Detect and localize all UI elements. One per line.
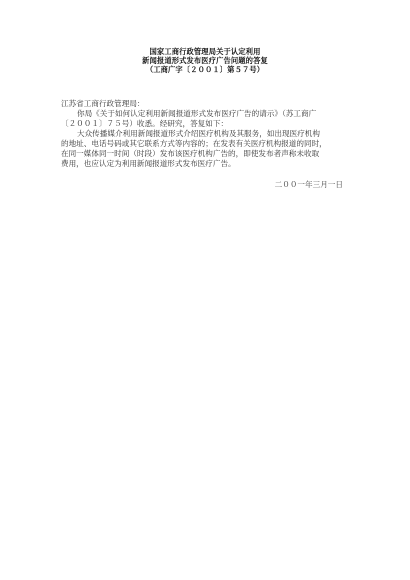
addressee: 江苏省工商行政管理局：: [61, 99, 349, 109]
body-line-1: 你局《关于如何认定利用新闻报道形式发布医疗广告的请示》（苏工商广: [61, 109, 349, 119]
document-body: 江苏省工商行政管理局： 你局《关于如何认定利用新闻报道形式发布医疗广告的请示》（…: [61, 99, 349, 169]
body-line-4: 的地址、电话号码或其它联系方式等内容的；在发表有关医疗机构报道的同时，: [61, 139, 349, 149]
body-line-2: 〔２００１〕７５号）收悉。经研究，答复如下：: [61, 119, 349, 129]
title-line-2: 新闻报道形式发布医疗广告问题的答复: [0, 56, 410, 65]
body-line-3: 大众传播媒介利用新闻报道形式介绍医疗机构及其服务，如出现医疗机构: [61, 129, 349, 139]
title-line-3: （工商广字〔２００１〕第５７号）: [0, 65, 410, 74]
body-line-5: 在同一媒体同一时间（时段）发布该医疗机构广告的，即使发布者声称未收取: [61, 149, 349, 159]
body-line-6: 费用，也应认定为利用新闻报道形式发布医疗广告。: [61, 159, 349, 169]
title-line-1: 国家工商行政管理局关于认定利用: [0, 47, 410, 56]
document-date: 二００一年三月一日: [275, 180, 343, 190]
document-page: 国家工商行政管理局关于认定利用 新闻报道形式发布医疗广告问题的答复 （工商广字〔…: [0, 0, 410, 580]
document-title: 国家工商行政管理局关于认定利用 新闻报道形式发布医疗广告问题的答复 （工商广字〔…: [0, 47, 410, 74]
